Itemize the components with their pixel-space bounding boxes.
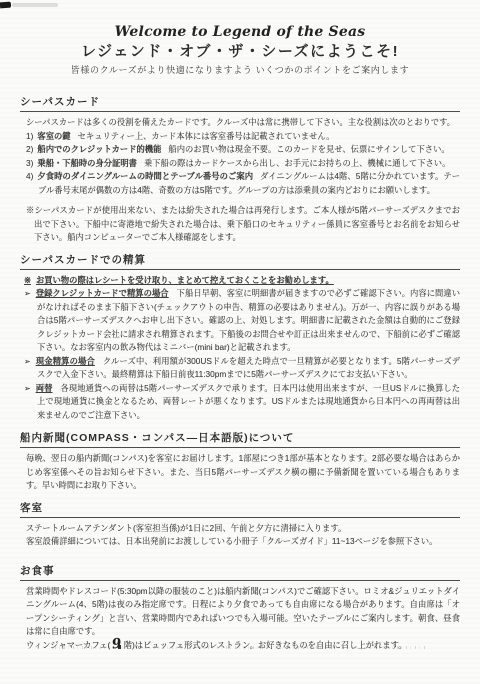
item-body: クルーズ中、利用額が300USドルを超えた時点で一旦精算が必要となります。5階パ…	[37, 356, 460, 380]
section-stateroom: 客室 ステートルームアテンダント(客室担当係)が1日に2回、午前と夕方に清掃に入…	[20, 502, 460, 549]
item-head: 夕食時のダイニングルームの時間とテーブル番号のご案内	[37, 171, 253, 181]
item-number: 4)	[26, 171, 33, 181]
dining-paragraph: 営業時間やドレスコード(5:30pm以降の服装のこと)は船内新聞(コンパス)でご…	[26, 585, 460, 639]
section-heading-settlement: シーパスカードでの精算	[20, 254, 460, 270]
arrow-bullet-icon: ➢	[24, 357, 31, 366]
section-dining: お食事 営業時間やドレスコード(5:30pm以降の服装のこと)は船内新聞(コンパ…	[20, 565, 460, 653]
seapass-reissue-note: ※シーパスカードが使用出来ない、または紛失された場合は再発行します。ご本人様が5…	[26, 204, 460, 245]
document-header: Welcome to Legend of the Seas レジェンド・オブ・ザ…	[0, 0, 480, 76]
item-body: 乗下船の際はカードケースから出し、お手元にお持ちの上、機械に通して下さい。	[144, 158, 450, 168]
underlined-note: ※お買い物の際はレシートを受け取り、まとめて控えておくことをお勧めします。	[24, 275, 334, 285]
item-head: 現金精算の場合	[36, 356, 95, 366]
settlement-item-exchange: ➢両替各現地通貨への両替は5階パーサーズデスクで承ります。日本円は使用出来ますが…	[24, 382, 460, 423]
section-heading-stateroom: 客室	[20, 502, 460, 518]
settlement-item-credit-card: ➢登録クレジットカードで精算の場合下船日早朝、客室に明細書が届きますので必ずご確…	[24, 287, 460, 355]
section-heading-seapass: シーパスカード	[20, 96, 460, 112]
section-heading-dining: お食事	[20, 565, 460, 581]
stateroom-line-2: 客室設備詳細については、日本出発前にお渡ししている小冊子「クルーズガイド」11~…	[26, 535, 460, 549]
item-body: セキュリティー上、カード本体には客室番号は記載されていません。	[78, 131, 335, 141]
section-seapass-card: シーパスカード シーパスカードは多くの役割を備えたカードです。クルーズ中は常に携…	[20, 96, 460, 245]
item-head: 乗船・下船時の身分証明書	[37, 158, 137, 168]
item-head: 客室の鍵	[37, 131, 70, 141]
item-number: 2)	[26, 144, 33, 154]
item-head: 登録クレジットカードで精算の場合	[36, 288, 169, 298]
settlement-item-cash: ➢現金精算の場合クルーズ中、利用額が300USドルを超えた時点で一旦精算が必要と…	[24, 355, 460, 382]
settlement-receipt-note: ※お買い物の際はレシートを受け取り、まとめて控えておくことをお勧めします。	[24, 274, 460, 288]
document-content: シーパスカード シーパスカードは多くの役割を備えたカードです。クルーズ中は常に携…	[20, 96, 460, 652]
scan-artifact-corner	[0, 2, 11, 9]
numbered-item-2: 2)船内でのクレジットカード的機能船内のお買い物は現金不要。このカードを見せ、伝…	[26, 143, 460, 157]
handwritten-deck-number: 9	[110, 639, 124, 649]
numbered-item-3: 3)乗船・下船時の身分証明書乗下船の際はカードケースから出し、お手元にお持ちの上…	[26, 157, 460, 171]
title-english: Welcome to Legend of the Seas	[0, 24, 480, 40]
numbered-item-4: 4)夕食時のダイニングルームの時間とテーブル番号のご案内ダイニングルームは4階、…	[26, 170, 460, 197]
item-head: 船内でのクレジットカード的機能	[37, 144, 161, 154]
stateroom-line-1: ステートルームアテンダント(客室担当係)が1日に2回、午前と夕方に清掃に入ります…	[26, 522, 460, 536]
item-body: 各現地通貨への両替は5階パーサーズデスクで承ります。日本円は使用出来ますが、一旦…	[37, 383, 460, 420]
numbered-item-1: 1)客室の鍵セキュリティー上、カード本体には客室番号は記載されていません。	[26, 130, 460, 144]
header-subtitle: 皆様のクルーズがより快適になりますよう いくつかのポイントをご案内します	[0, 64, 480, 76]
section-heading-newspaper: 船内新聞(COMPASS・コンパス―日本語版)について	[20, 432, 460, 448]
section-settlement: シーパスカードでの精算 ※お買い物の際はレシートを受け取り、まとめて控えておくこ…	[20, 254, 460, 423]
newspaper-paragraph: 毎晩、翌日の船内新聞(コンパス)を客室にお届けします。1部屋につき1部が基本とな…	[26, 452, 460, 493]
note-text: お買い物の際はレシートを受け取り、まとめて控えておくことをお勧めします。	[36, 275, 334, 285]
note-mark: ※	[24, 275, 31, 285]
scan-artifact-streak	[12, 3, 58, 7]
item-head: 両替	[36, 383, 53, 393]
title-japanese: レジェンド・オブ・ザ・シーズにようこそ!	[0, 42, 480, 61]
scanned-document-page: Welcome to Legend of the Seas レジェンド・オブ・ザ…	[0, 0, 480, 684]
item-body: 船内のお買い物は現金不要。このカードを見せ、伝票にサインして下さい。	[168, 144, 449, 154]
arrow-bullet-icon: ➢	[24, 384, 31, 393]
item-number: 3)	[26, 158, 33, 168]
section-ship-newspaper: 船内新聞(COMPASS・コンパス―日本語版)について 毎晩、翌日の船内新聞(コ…	[20, 432, 460, 493]
seapass-intro-paragraph: シーパスカードは多くの役割を備えたカードです。クルーズ中は常に携帯して下さい。主…	[26, 116, 460, 130]
item-number: 1)	[26, 131, 33, 141]
arrow-bullet-icon: ➢	[24, 289, 31, 298]
